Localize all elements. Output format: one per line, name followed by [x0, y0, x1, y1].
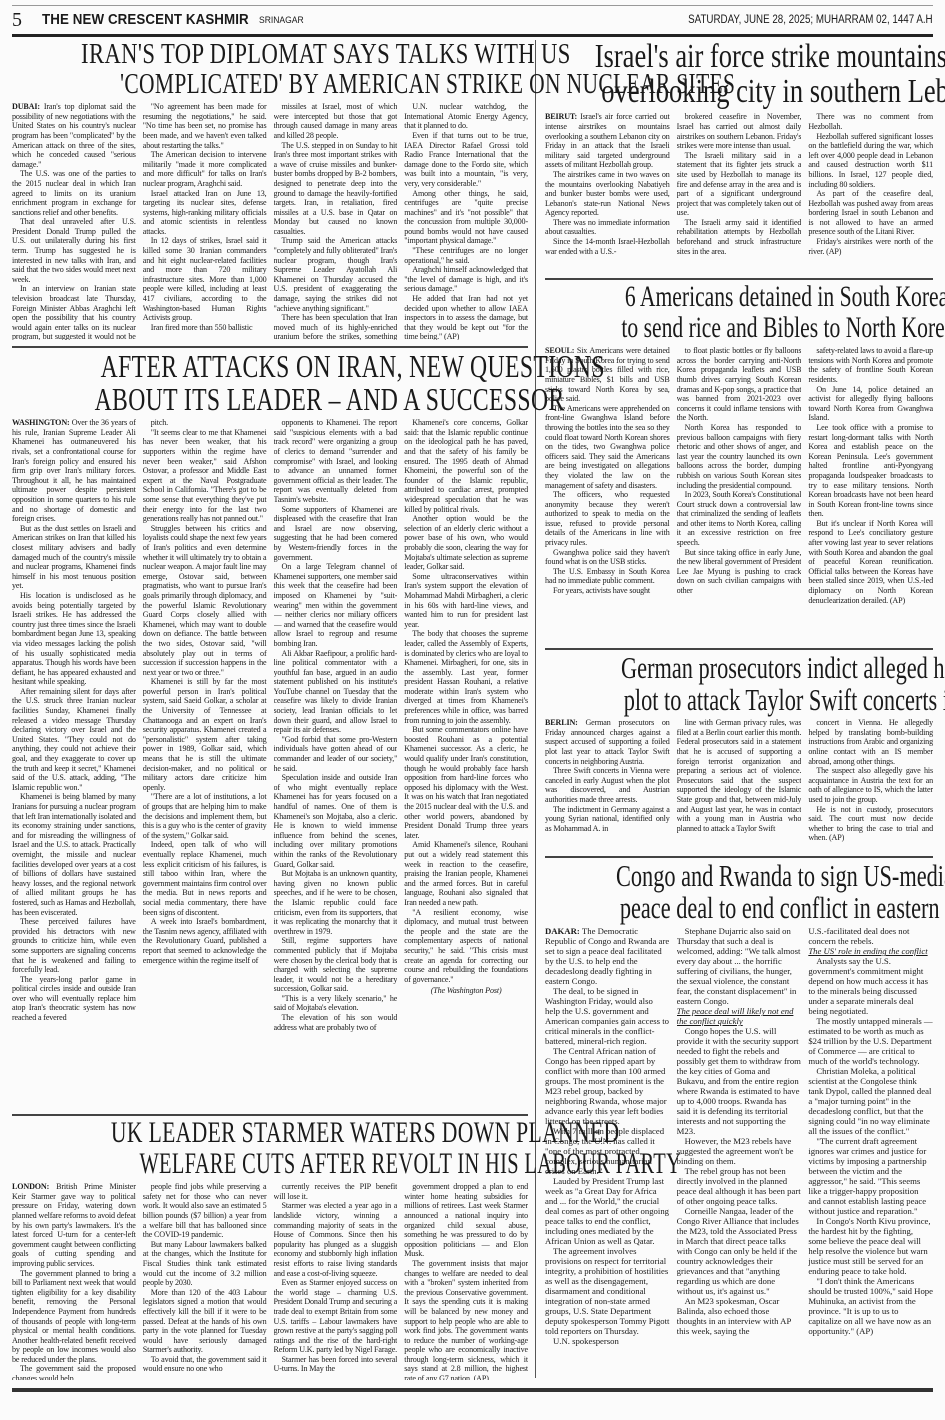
top-rule: [12, 5, 933, 6]
paragraph: The U.S. was one of the parties to the 2…: [12, 169, 136, 217]
paragraph: Trump said the American attacks "complet…: [274, 236, 398, 313]
paragraph: government dropped a plan to end winter …: [404, 1182, 528, 1259]
paragraph: Hezbollah suffered significant losses on…: [808, 132, 933, 190]
paragraph: These perceived failures have provided h…: [12, 917, 136, 975]
article-column: "No agreement has been made for resuming…: [143, 102, 267, 340]
article-khamenei: AFTER ATTACKS ON IRAN, NEW QUESTIONS ABO…: [12, 350, 528, 1102]
paragraph: The indictment in Germany against a youn…: [545, 805, 670, 834]
newspaper-page: 5 THE NEW CRESCENT KASHMIR SRINAGAR SATU…: [12, 0, 933, 1420]
paragraph: DAKAR: The Democratic Republic of Congo …: [545, 926, 670, 986]
paragraph: The body that chooses the supreme leader…: [404, 629, 528, 725]
subheading: The peace deal will likely not end the c…: [677, 1006, 802, 1026]
article-column: U.S.-facilitated deal does not concern t…: [808, 926, 933, 1386]
paragraph: Even if that turns out to be true, IAEA …: [404, 131, 528, 189]
paragraph: The Americans were apprehended on front-…: [545, 404, 670, 490]
paragraph: Indeed, open talk of who will eventually…: [143, 840, 267, 917]
dateline: BEIRUT:: [545, 112, 580, 121]
paragraph: A week into Israel's bombardment, the Ta…: [143, 917, 267, 965]
article-korea: 6 Americans detained in South Korea for …: [545, 282, 933, 644]
headline-line-1: IRAN'S TOP DIPLOMAT SAYS TALKS WITH US: [81, 40, 571, 70]
paragraph: The government planned to bring a bill t…: [12, 1269, 136, 1365]
paragraph: As part of the ceasefire deal, Hezbollah…: [808, 189, 933, 237]
headline-line-2: plot to attack Taylor Swift concerts in …: [624, 684, 945, 716]
headline-line-2: ABOUT ITS LEADER – AND A SUCCESSOR: [95, 383, 565, 416]
paragraph: North Korea has responded to previous ba…: [677, 423, 802, 490]
article-column: LONDON: British Prime Minister Keir Star…: [12, 1182, 136, 1380]
paragraph: The U.S. Embassy in South Korea had no i…: [545, 567, 670, 586]
article-column: line with German privacy rules, was file…: [677, 718, 802, 846]
paragraph: currently receives the PIP benefit will …: [274, 1182, 398, 1201]
article-column: brokered ceasefire in November, Israel h…: [677, 112, 802, 264]
paragraph: to float plastic bottles or fly balloons…: [677, 346, 802, 423]
paragraph: The years-long parlor game in political …: [12, 975, 136, 1023]
headline: Congo and Rwanda to sign US-mediated pea…: [545, 860, 933, 923]
paragraph: The Israeli military said in a statement…: [677, 151, 802, 218]
paragraph: opponents to Khamenei. The report said "…: [274, 418, 398, 504]
article-column: Khamenei's core concerns, Golkar said: t…: [404, 418, 528, 1098]
paragraph: More than 120 of the 403 Labour legislat…: [143, 1288, 267, 1355]
masthead-rule: [12, 34, 933, 37]
headline-line-2: to send rice and Bibles to North Korea b…: [621, 313, 945, 344]
paragraph: Analysts say the U.S. government's commi…: [808, 956, 933, 1016]
article-column: U.N. nuclear watchdog, the International…: [404, 102, 528, 340]
paragraph: Lee took office with a promise to restar…: [808, 423, 933, 519]
article-body: BERLIN: German prosecutors on Friday ann…: [545, 718, 933, 846]
paragraph: missiles at Israel, most of which were i…: [274, 102, 398, 140]
article-body: BEIRUT: Israel's air force carried out i…: [545, 112, 933, 264]
article-column: Stephane Dujarric also said on Thursday …: [677, 926, 802, 1386]
paragraph: The officers, who requested anonymity be…: [545, 490, 670, 548]
paragraph: Israel attacked Iran on June 13, targeti…: [143, 189, 267, 237]
paragraph: The U.S. stepped in on Sunday to hit Ira…: [274, 141, 398, 237]
paragraph: There was no comment from Hezbollah.: [808, 112, 933, 131]
paragraph: BERLIN: German prosecutors on Friday ann…: [545, 718, 670, 766]
paragraph: But many Labour lawmakers balked at the …: [143, 1240, 267, 1288]
paragraph: U.S.-facilitated deal does not concern t…: [808, 926, 933, 946]
paragraph: The elevation of his son would address w…: [274, 1013, 398, 1032]
paragraph: The American decision to intervene milit…: [143, 150, 267, 188]
article-lebanon: Israel's air force strike mountains over…: [545, 40, 933, 262]
headline: UK LEADER STARMER WATERS DOWN PLANNED WE…: [12, 1118, 528, 1179]
paragraph: pitch.: [143, 418, 267, 428]
paragraph: The mostly untapped minerals — estimated…: [808, 1016, 933, 1066]
paragraph: U.N. spokesperson: [545, 1336, 670, 1346]
headline-line-1: Congo and Rwanda to sign US-mediated: [616, 860, 945, 892]
article-column: opponents to Khamenei. The report said "…: [274, 418, 398, 1098]
article-body: WASHINGTON: Over the 36 years of his rul…: [12, 418, 528, 1098]
paragraph: On a large Telegram channel of Khamenei …: [274, 562, 398, 648]
article-column: pitch."It seems clear to me that Khamene…: [143, 418, 267, 1098]
article-column: concert in Vienna. He allegedly helped b…: [808, 718, 933, 846]
article-column: government dropped a plan to end winter …: [404, 1182, 528, 1380]
paragraph: "These centrifuges are no longer operati…: [404, 246, 528, 265]
headline: 6 Americans detained in South Korea for …: [545, 282, 933, 343]
paper-name: THE NEW CRESCENT KASHMIR: [42, 12, 249, 28]
paragraph: Araghchi himself acknowledged that "the …: [404, 265, 528, 294]
article-column: DUBAI: Iran's top diplomat said the poss…: [12, 102, 136, 340]
dateline: LONDON:: [12, 1182, 56, 1191]
dateline: DAKAR:: [545, 926, 582, 936]
dateline: DUBAI:: [12, 102, 44, 111]
paragraph: Amid Khamenei's silence, Rouhani put out…: [404, 840, 528, 907]
paragraph: However, the M23 rebels have suggested t…: [677, 1136, 802, 1166]
paragraph: "No agreement has been made for resuming…: [143, 102, 267, 150]
paragraph: On June 14, police detained an activist …: [808, 385, 933, 423]
paragraph: WASHINGTON: Over the 36 years of his rul…: [12, 418, 136, 524]
paragraph: To avoid that, the government said it wo…: [143, 1355, 267, 1374]
subheading: The US' role in ending the conflict: [808, 946, 933, 956]
paragraph: safety-related laws to avoid a flare-up …: [808, 346, 933, 384]
headline-line-2: peace deal to end conflict in eastern Co…: [620, 892, 945, 924]
headline: AFTER ATTACKS ON IRAN, NEW QUESTIONS ABO…: [12, 350, 528, 415]
paragraph: After remaining silent for days after th…: [12, 687, 136, 793]
paragraph: Friday's airstrikes were north of the ri…: [808, 237, 933, 256]
paragraph: But some commentators online have booste…: [404, 725, 528, 840]
paragraph: He added that Iran had not yet decided u…: [404, 294, 528, 340]
paragraph: The Central African nation of Congo has …: [545, 1046, 670, 1126]
masthead: 5 THE NEW CRESCENT KASHMIR SRINAGAR SATU…: [12, 9, 933, 31]
paragraph: There was no immediate information about…: [545, 218, 670, 237]
headline-line-1: AFTER ATTACKS ON IRAN, NEW QUESTIONS: [101, 350, 605, 383]
article-body: LONDON: British Prime Minister Keir Star…: [12, 1182, 528, 1380]
paragraph: Three Swift concerts in Vienna were canc…: [545, 766, 670, 804]
paragraph: The government insists that major change…: [404, 1259, 528, 1380]
paragraph: Speculation inside and outside Iran of w…: [274, 773, 398, 869]
article-body: SEOUL: Six Americans were detained Frida…: [545, 346, 933, 640]
paragraph: But as the dust settles on Israeli and A…: [12, 524, 136, 591]
paragraph: "God forbid that some pro-Western indivi…: [274, 735, 398, 773]
paragraph: Ali Akbar Raefipour, a prolific hard-lin…: [274, 649, 398, 735]
paragraph: Among other things, he said, centrifuges…: [404, 189, 528, 247]
paragraph: Starmer has been forced into several U-t…: [274, 1355, 398, 1374]
headline: German prosecutors indict alleged helper…: [545, 652, 933, 715]
paragraph: That deal unraveled after U.S. President…: [12, 217, 136, 284]
paragraph: Khamenei is still by far the most powerf…: [143, 677, 267, 792]
article-column: missiles at Israel, most of which were i…: [274, 102, 398, 340]
paragraph: The Israeli army said it identified reha…: [677, 218, 802, 256]
paragraph: But it's unclear if North Korea will res…: [808, 519, 933, 605]
article-germany: German prosecutors indict alleged helper…: [545, 652, 933, 852]
source-credit: (The Washington Post): [404, 986, 528, 996]
paragraph: The airstrikes came in two waves on the …: [545, 170, 670, 218]
headline-line-1: UK LEADER STARMER WATERS DOWN PLANNED: [111, 1118, 620, 1149]
paragraph: But Mojtaba is an unknown quantity, havi…: [274, 869, 398, 936]
paragraph: An M23 spokesman, Oscar Balinda, also ec…: [677, 1296, 802, 1336]
headline-line-1: Israel's air force strike mountains: [595, 40, 945, 75]
paragraph: LONDON: British Prime Minister Keir Star…: [12, 1182, 136, 1268]
paragraph: He is not in custody, prosecutors said. …: [808, 805, 933, 843]
paragraph: Another option would be the selection of…: [404, 514, 528, 572]
paragraph: In an interview on Iranian state televis…: [12, 284, 136, 340]
paragraph: For years, activists have sought: [545, 586, 670, 596]
paragraph: The government said the proposed changes…: [12, 1364, 136, 1380]
paragraph: BEIRUT: Israel's air force carried out i…: [545, 112, 670, 170]
paragraph: "The current draft agreement ignores war…: [808, 1136, 933, 1216]
paragraph: The agreement involves provisions on res…: [545, 1246, 670, 1336]
bottom-rule: [12, 1388, 933, 1392]
paragraph: His location is undisclosed as he avoids…: [12, 591, 136, 687]
paragraph: people find jobs while preserving a safe…: [143, 1182, 267, 1240]
headline-line-1: 6 Americans detained in South Korea for …: [625, 282, 945, 313]
paragraph: The rebel group has not been directly in…: [677, 1166, 802, 1206]
paragraph: "I don't think the Americans should be t…: [808, 1276, 933, 1336]
article-column: to float plastic bottles or fly balloons…: [677, 346, 802, 640]
paragraph: There has been speculation that Iran mov…: [274, 313, 398, 340]
paragraph: In 12 days of strikes, Israel said it ki…: [143, 236, 267, 322]
paragraph: U.N. nuclear watchdog, the International…: [404, 102, 528, 131]
paragraph: Struggles between his critics and loyali…: [143, 524, 267, 678]
paragraph: DUBAI: Iran's top diplomat said the poss…: [12, 102, 136, 169]
article-column: safety-related laws to avoid a flare-up …: [808, 346, 933, 640]
paragraph: Even as Starmer enjoyed success on the w…: [274, 1278, 398, 1355]
paragraph: "This is a very likely scenario," he sai…: [274, 994, 398, 1013]
article-column: currently receives the PIP benefit will …: [274, 1182, 398, 1380]
paragraph: The deal, to be signed in Washington Fri…: [545, 986, 670, 1046]
article-column: WASHINGTON: Over the 36 years of his rul…: [12, 418, 136, 1098]
article-starmer: UK LEADER STARMER WATERS DOWN PLANNED WE…: [12, 1118, 528, 1384]
paragraph: Some ultraconservatives within Iran's sy…: [404, 572, 528, 630]
paragraph: Congo hopes the U.S. will provide it wit…: [677, 1026, 802, 1136]
paragraph: But since taking office in early June, t…: [677, 548, 802, 596]
paragraph: Christian Moleka, a political scientist …: [808, 1066, 933, 1136]
headline-line-2: overlooking city in southern Lebanon: [601, 75, 945, 110]
headline-line-1: German prosecutors indict alleged helper…: [621, 652, 945, 684]
paragraph: Khamenei's core concerns, Golkar said: t…: [404, 418, 528, 514]
paragraph: Some supporters of Khamenei are displeas…: [274, 505, 398, 563]
article-column: There was no comment from Hezbollah.Hezb…: [808, 112, 933, 264]
paragraph: "A resilient economy, wise diplomacy, an…: [404, 908, 528, 985]
article-column: BEIRUT: Israel's air force carried out i…: [545, 112, 670, 264]
paragraph: line with German privacy rules, was file…: [677, 718, 802, 833]
paragraph: "There are a lot of institutions, a lot …: [143, 792, 267, 840]
paragraph: Corneille Nangaa, leader of the Congo Ri…: [677, 1206, 802, 1296]
paragraph: Starmer was elected a year ago in a land…: [274, 1201, 398, 1278]
paragraph: In Congo's North Kivu province, the hard…: [808, 1216, 933, 1276]
paragraph: Still, regime supporters have commented …: [274, 936, 398, 994]
paragraph: Iran fired more than 550 ballistic: [143, 323, 267, 333]
article-iran-talks: IRAN'S TOP DIPLOMAT SAYS TALKS WITH US '…: [12, 40, 528, 338]
paragraph: "It seems clear to me that Khamenei has …: [143, 428, 267, 524]
article-column: people find jobs while preserving a safe…: [143, 1182, 267, 1380]
paragraph: Lauded by President Trump last week as "…: [545, 1176, 670, 1246]
paragraph: Since the 14-month Israel-Hezbollah war …: [545, 237, 670, 256]
paragraph: Khamenei is being blamed by many Iranian…: [12, 792, 136, 917]
dateline: BERLIN:: [545, 718, 585, 727]
page-number: 5: [12, 9, 34, 32]
paragraph: Gwanghwa police said they haven't found …: [545, 548, 670, 567]
issue-date: SATURDAY, JUNE 28, 2025; MUHARRAM 02, 14…: [689, 14, 933, 26]
paragraph: In 2023, South Korea's Constitutional Co…: [677, 490, 802, 548]
city-label: SRINAGAR: [259, 15, 304, 26]
dateline: WASHINGTON:: [12, 418, 72, 427]
paragraph: concert in Vienna. He allegedly helped b…: [808, 718, 933, 766]
paragraph: brokered ceasefire in November, Israel h…: [677, 112, 802, 150]
article-column: BERLIN: German prosecutors on Friday ann…: [545, 718, 670, 846]
article-body: DUBAI: Iran's top diplomat said the poss…: [12, 102, 528, 340]
headline-line-2: WELFARE CUTS AFTER REVOLT IN HIS LABOUR …: [139, 1149, 681, 1180]
headline: IRAN'S TOP DIPLOMAT SAYS TALKS WITH US '…: [12, 40, 528, 99]
paragraph: The suspect also allegedly gave his acqu…: [808, 766, 933, 804]
paragraph: Stephane Dujarric also said on Thursday …: [677, 926, 802, 1006]
headline: Israel's air force strike mountains over…: [545, 40, 933, 109]
